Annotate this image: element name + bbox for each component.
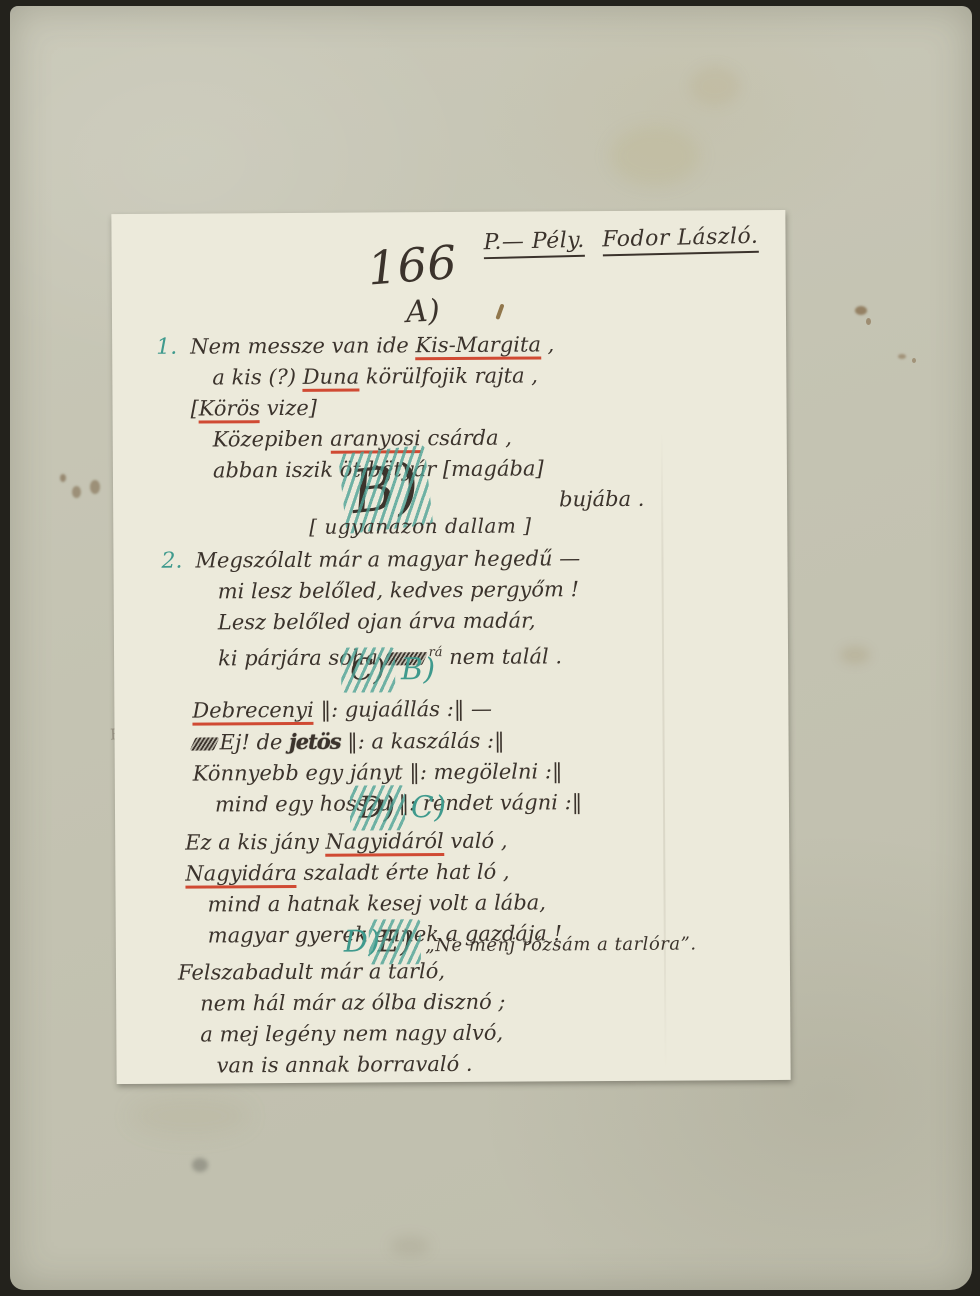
- poem-line: a kis (?) Duna körülfojik rajta ,: [212, 360, 643, 394]
- same-melody-note: [ ugyanazon dallam ]: [309, 514, 531, 539]
- text-segment: ‖: gujaállás :‖ —: [314, 697, 492, 722]
- text-segment: bujába .: [559, 487, 644, 512]
- crossed-letter: E): [378, 924, 413, 959]
- text-segment: csárda ,: [421, 426, 512, 451]
- ink-tick-mark: [495, 303, 504, 319]
- text-segment: ,: [541, 332, 555, 356]
- stain-spot: [690, 66, 740, 106]
- red-underlined-word: Körös: [199, 396, 260, 423]
- stain-spot: [866, 318, 871, 325]
- text-segment: Közepiben: [213, 427, 331, 452]
- text-segment: a kis (?): [212, 365, 303, 390]
- poem-line: van is annak borravaló .: [216, 1049, 505, 1082]
- red-underlined-word: Nagyidára: [185, 861, 297, 889]
- stanza-5: Felszabadult már a tarló,nem hál már az …: [178, 956, 506, 1082]
- stain-spot: [72, 486, 81, 498]
- stanza-5-lines: Felszabadult már a tarló,nem hál már az …: [178, 956, 506, 1082]
- section-label-row-b: C) B): [350, 652, 436, 688]
- poem-line: nem hál már az ólba disznó ;: [200, 987, 505, 1020]
- crossed-letter: C): [350, 652, 386, 687]
- text-segment: Ej! de: [220, 730, 290, 754]
- backing-board: Ej, de(j)erös P.— Pély. Fodor László. 16…: [10, 6, 972, 1290]
- scribbled-out-word: [190, 737, 220, 750]
- poem-line: Felszabadult már a tarló,: [178, 956, 505, 989]
- stain-spot: [610, 126, 700, 186]
- poem-line: Nagyidára szaladt érte hat ló ,: [185, 856, 561, 889]
- poem-line: Nem messze van ide Kis-Margita ,: [190, 329, 643, 363]
- text-segment: ‖: a kaszálás :‖: [341, 729, 505, 754]
- section-label-row-c: D) C): [359, 790, 447, 826]
- red-underlined-word: Debrecenyi: [192, 698, 314, 726]
- collector-place: P.— Pély.: [483, 228, 585, 259]
- stain-spot: [898, 354, 906, 359]
- text-segment: körülfojik rajta ,: [359, 363, 538, 388]
- poem-line: Ez a kis jány Nagyidáról való ,: [185, 825, 561, 858]
- text-segment: való ,: [444, 829, 508, 853]
- text-segment: Könnyebb egy jányt ‖: megölelni :‖: [193, 759, 563, 785]
- teal-correction-letter: B): [401, 652, 436, 687]
- text-segment: szaladt érte hat ló ,: [297, 860, 510, 885]
- teal-correction-letter: C): [411, 790, 447, 825]
- stain-spot: [855, 306, 867, 315]
- text-segment: mind a hatnak kesej volt a lába,: [207, 890, 545, 916]
- poem-line: Megszólalt már a magyar hegedű —: [195, 543, 580, 576]
- catalog-number: 166: [366, 235, 459, 296]
- stanza-number: 2.: [161, 546, 182, 577]
- text-segment: Lesz belőled ojan árva madár,: [218, 608, 536, 634]
- section-label-a: A): [405, 293, 441, 330]
- poem-line: mind a hatnak kesej volt a lába,: [207, 887, 561, 920]
- stain-spot: [390, 1236, 430, 1256]
- poem-line: Lesz belőled ojan árva madár,: [218, 605, 581, 638]
- stain-spot: [60, 474, 66, 482]
- red-underlined-word: Nagyidáról: [325, 829, 443, 857]
- red-underlined-word: Kis-Margita: [415, 332, 541, 360]
- poem-line: Közepiben aranyosi csárda ,: [213, 422, 644, 456]
- text-segment: Nem messze van ide: [190, 333, 415, 358]
- text-segment: nem hál már az ólba disznó ;: [200, 990, 505, 1016]
- poem-line: a mej legény nem nagy alvó,: [200, 1018, 505, 1051]
- stain-spot: [840, 646, 870, 664]
- text-segment: van is annak borravaló .: [216, 1052, 472, 1078]
- text-segment: nem talál .: [442, 644, 562, 669]
- text-segment: vize]: [260, 396, 317, 420]
- stanza-number: 1.: [156, 332, 177, 363]
- poem-line: Debrecenyi ‖: gujaállás :‖ —: [192, 693, 581, 726]
- text-segment: mi lesz belőled, kedves pergyőm !: [218, 577, 579, 603]
- text-segment: jetös: [289, 729, 341, 754]
- stain-spot: [912, 358, 916, 363]
- poem-line: Ej! de jetös ‖: a kaszálás :‖: [192, 724, 581, 758]
- red-underlined-word: Duna: [303, 365, 360, 392]
- poem-line: [Körös vize]: [190, 391, 643, 425]
- section-label-row-d: D) E) „Ne menj rózsám a tarlóra”.: [344, 923, 697, 960]
- paper-crease: [661, 431, 667, 1071]
- stain-spot: [90, 480, 100, 494]
- poem-line: mi lesz belőled, kedves pergyőm !: [218, 574, 581, 607]
- text-segment: a mej legény nem nagy alvó,: [200, 1021, 503, 1047]
- manuscript-paper: P.— Pély. Fodor László. 166 A) 1. Nem me…: [111, 210, 790, 1084]
- stain-spot: [192, 1158, 208, 1172]
- collector-heading: P.— Pély. Fodor László.: [483, 224, 758, 255]
- collector-name: Fodor László.: [602, 224, 759, 257]
- poem-line: bujába .: [559, 484, 645, 516]
- crossed-letter: D): [359, 790, 396, 825]
- stain-spot: [130, 1096, 250, 1136]
- text-segment: Megszólalt már a magyar hegedű —: [195, 546, 580, 572]
- text-segment: Ez a kis jány: [185, 830, 325, 855]
- poem-line: abban iszik öt bëtyár [magába]: [213, 453, 644, 487]
- song-title-quote: „Ne menj rózsám a tarlóra”.: [425, 934, 696, 957]
- text-segment: Felszabadult már a tarló,: [178, 959, 445, 985]
